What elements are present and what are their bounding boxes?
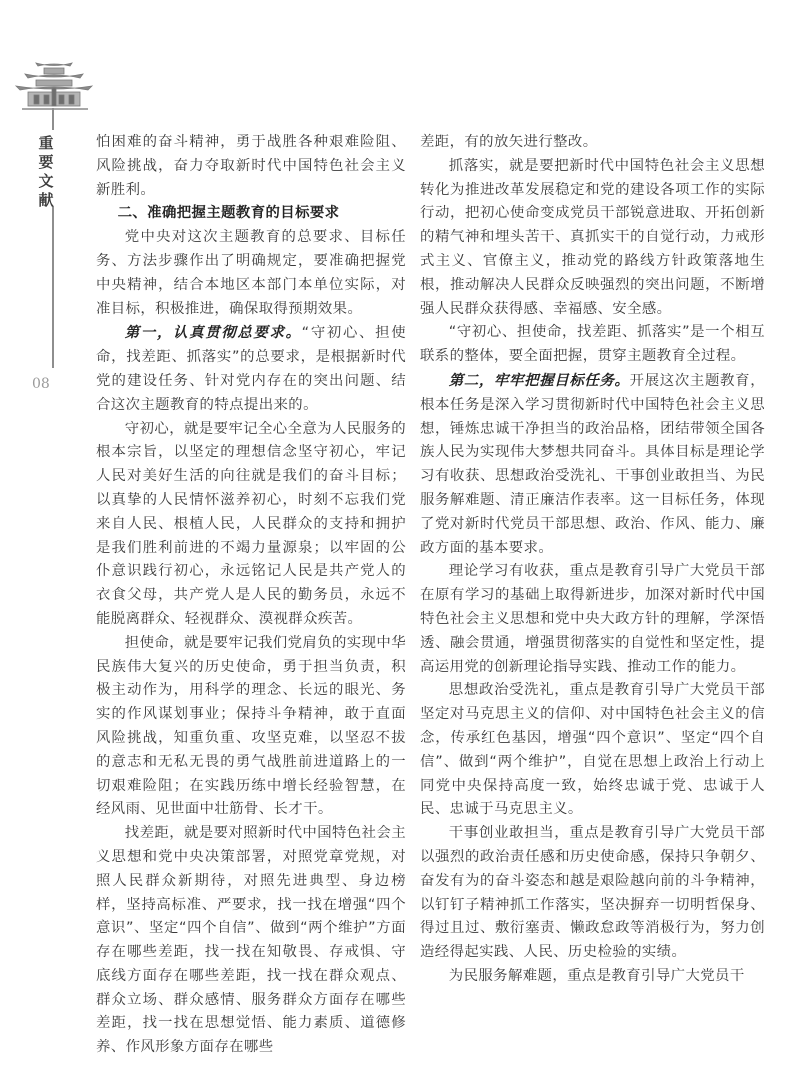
paragraph-text: 开展这次主题教育，根本任务是深入学习贯彻新时代中国特色社会主义思想，锤炼忠诚干净… bbox=[420, 373, 765, 556]
pavilion-emblem-icon bbox=[14, 52, 94, 114]
paragraph: 为民服务解难题，重点是教育引导广大党员干 bbox=[420, 965, 765, 989]
section-label: 重 要 文 献 bbox=[36, 134, 56, 210]
sidebar-divider bbox=[52, 206, 54, 368]
paragraph: 干事创业敢担当，重点是教育引导广大党员干部以强烈的政治责任感和历史使命感，保持只… bbox=[420, 822, 765, 965]
paragraph: “守初心、担使命，找差距、抓落实”是一个相互联系的整体，要全面把握，贯穿主题教育… bbox=[420, 321, 765, 369]
paragraph: 理论学习有收获，重点是教育引导广大党员干部在原有学习的基础上取得新进步，加深对新… bbox=[420, 560, 765, 679]
section-label-char: 要 bbox=[36, 153, 56, 172]
lead-phrase: 第一，认真贯彻总要求。 bbox=[125, 324, 302, 341]
page-number: 08 bbox=[32, 376, 50, 392]
section-label-char: 重 bbox=[36, 134, 56, 153]
section-label-char: 文 bbox=[36, 172, 56, 191]
paragraph-lead: 第二，牢牢把握目标任务。开展这次主题教育，根本任务是深入学习贯彻新时代中国特色社… bbox=[420, 369, 765, 560]
right-column: 差距，有的放矢进行整改。 抓落实，就是要把新时代中国特色社会主义思想转化为推进改… bbox=[420, 131, 765, 989]
paragraph: 思想政治受洗礼，重点是教育引导广大党员干部坚定对马克思主义的信仰、对中国特色社会… bbox=[420, 679, 765, 822]
paragraph: 守初心，就是要牢记全心全意为人民服务的根本宗旨，以坚定的理想信念坚守初心，牢记人… bbox=[96, 418, 406, 632]
paragraph: 抓落实，就是要把新时代中国特色社会主义思想转化为推进改革发展稳定和党的建设各项工… bbox=[420, 155, 765, 322]
section-label-char: 献 bbox=[36, 191, 56, 210]
paragraph: 党中央对这次主题教育的总要求、目标任务、方法步骤作出了明确规定，要准确把握党中央… bbox=[96, 226, 406, 321]
lead-phrase: 第二，牢牢把握目标任务。 bbox=[449, 372, 630, 389]
paragraph-continuation: 怕困难的奋斗精神，勇于战胜各种艰难险阻、风险挑战，奋力夺取新时代中国特色社会主义… bbox=[96, 131, 406, 202]
paragraph-continuation: 差距，有的放矢进行整改。 bbox=[420, 131, 765, 155]
paragraph: 找差距，就是要对照新时代中国特色社会主义思想和党中央决策部署，对照党章党规，对照… bbox=[96, 822, 406, 1060]
sidebar-divider-top bbox=[52, 108, 54, 130]
section-heading: 二、准确把握主题教育的目标要求 bbox=[96, 202, 406, 226]
paragraph: 担使命，就是要牢记我们党肩负的实现中华民族伟大复兴的历史使命，勇于担当负责，积极… bbox=[96, 632, 406, 822]
paragraph-lead: 第一，认真贯彻总要求。“守初心、担使命，找差距、抓落实”的总要求，是根据新时代党… bbox=[96, 321, 406, 417]
left-column: 怕困难的奋斗精神，勇于战胜各种艰难险阻、风险挑战，奋力夺取新时代中国特色社会主义… bbox=[96, 131, 406, 1060]
